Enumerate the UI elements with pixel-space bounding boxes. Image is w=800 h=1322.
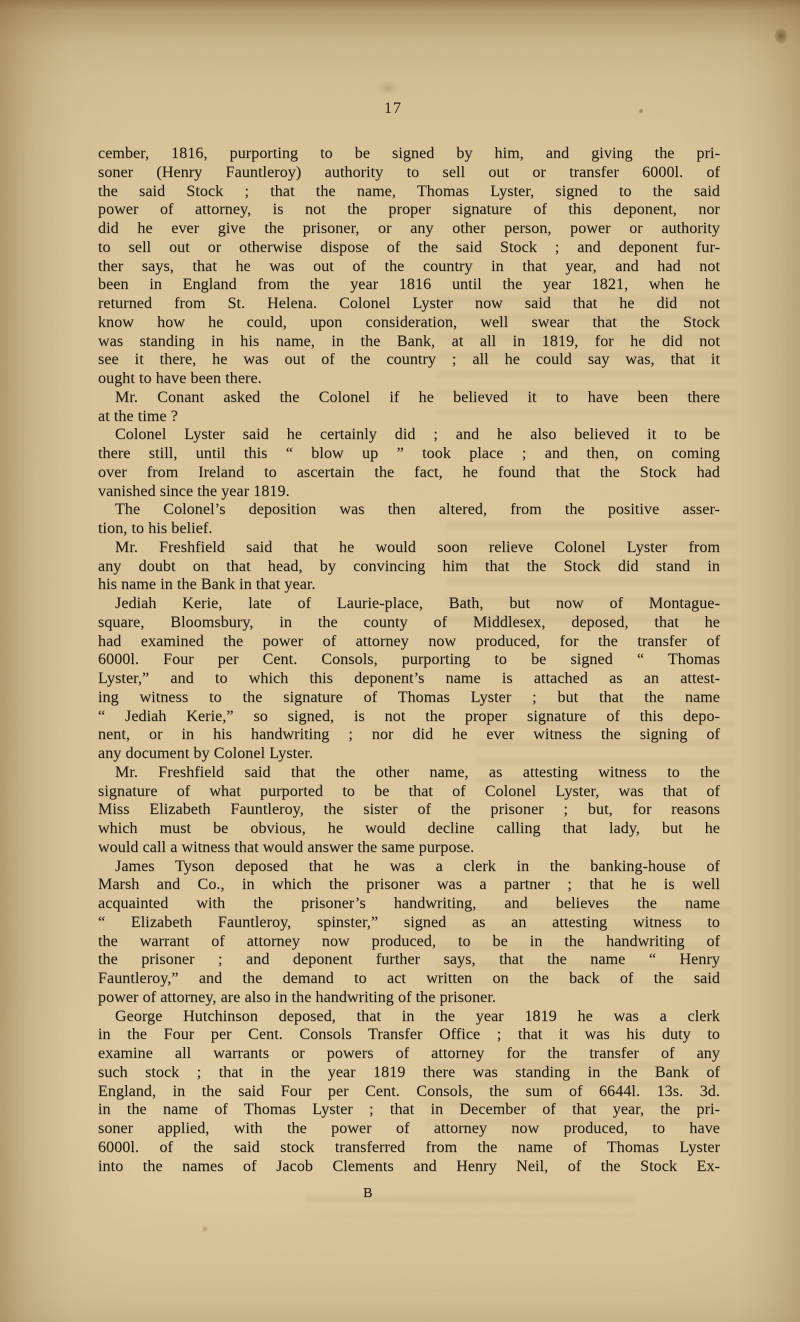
text-line: “ Elizabeth Fauntleroy, spinster,” signe… bbox=[98, 914, 720, 933]
text-line: there still, until this “ blow up ” took… bbox=[98, 445, 720, 464]
text-line: in the Four per Cent. Consols Transfer O… bbox=[98, 1026, 720, 1045]
scanned-book-page: 17 cember, 1816, purporting to be signed… bbox=[0, 0, 800, 1322]
text-line: “ Jediah Kerie,” so signed, is not the p… bbox=[98, 708, 720, 727]
signature-mark: B bbox=[0, 1186, 736, 1202]
text-line: acquainted with the prisoner’s handwriti… bbox=[98, 895, 720, 914]
text-line: had examined the power of attorney now p… bbox=[98, 633, 720, 652]
text-line: power of attorney, are also in the handw… bbox=[98, 989, 720, 1008]
text-line: Jediah Kerie, late of Laurie-place, Bath… bbox=[98, 595, 720, 614]
text-line: power of attorney, is not the proper sig… bbox=[98, 201, 720, 220]
text-line: any document by Colonel Lyster. bbox=[98, 745, 720, 764]
text-line: Mr. Freshfield said that he would soon r… bbox=[98, 539, 720, 558]
text-line: ther says, that he was out of the countr… bbox=[98, 258, 720, 277]
text-line: at the time ? bbox=[98, 408, 720, 427]
text-line: into the names of Jacob Clements and Hen… bbox=[98, 1158, 720, 1177]
text-line: square, Bloomsbury, in the county of Mid… bbox=[98, 614, 720, 633]
text-line: which must be obvious, he would decline … bbox=[98, 820, 720, 839]
text-line: 6000l. of the said stock transferred fro… bbox=[98, 1139, 720, 1158]
text-line: soner (Henry Fauntleroy) authority to se… bbox=[98, 164, 720, 183]
text-line: in the name of Thomas Lyster ; that in D… bbox=[98, 1101, 720, 1120]
text-line: Marsh and Co., in which the prisoner was… bbox=[98, 876, 720, 895]
text-line: Lyster,” and to which this deponent’s na… bbox=[98, 670, 720, 689]
text-line: tion, to his belief. bbox=[98, 520, 720, 539]
text-line: James Tyson deposed that he was a clerk … bbox=[98, 858, 720, 877]
text-line: Mr. Conant asked the Colonel if he belie… bbox=[98, 389, 720, 408]
text-line: the prisoner ; and deponent further says… bbox=[98, 951, 720, 970]
text-line: ing witness to the signature of Thomas L… bbox=[98, 689, 720, 708]
text-line: Colonel Lyster said he certainly did ; a… bbox=[98, 426, 720, 445]
text-line: returned from St. Helena. Colonel Lyster… bbox=[98, 295, 720, 314]
text-line: ought to have been there. bbox=[98, 370, 720, 389]
text-line: Mr. Freshfield said that the other name,… bbox=[98, 764, 720, 783]
text-line: the warrant of attorney now produced, to… bbox=[98, 933, 720, 952]
text-line: 6000l. Four per Cent. Consols, purportin… bbox=[98, 651, 720, 670]
text-line: was standing in his name, in the Bank, a… bbox=[98, 333, 720, 352]
text-line: see it there, he was out of the country … bbox=[98, 351, 720, 370]
text-line: his name in the Bank in that year. bbox=[98, 576, 720, 595]
text-line: nent, or in his handwriting ; nor did he… bbox=[98, 726, 720, 745]
text-line: know how he could, upon consideration, w… bbox=[98, 314, 720, 333]
text-line: Miss Elizabeth Fauntleroy, the sister of… bbox=[98, 801, 720, 820]
text-line: would call a witness that would answer t… bbox=[98, 839, 720, 858]
text-line: England, in the said Four per Cent. Cons… bbox=[98, 1083, 720, 1102]
text-line: did he ever give the prisoner, or any ot… bbox=[98, 220, 720, 239]
text-line: over from Ireland to ascertain the fact,… bbox=[98, 464, 720, 483]
text-line: any doubt on that head, by convincing hi… bbox=[98, 558, 720, 577]
text-line: Fauntleroy,” and the demand to act writt… bbox=[98, 970, 720, 989]
text-line: George Hutchinson deposed, that in the y… bbox=[98, 1008, 720, 1027]
text-line: vanished since the year 1819. bbox=[98, 483, 720, 502]
page-text-block: cember, 1816, purporting to be signed by… bbox=[98, 145, 720, 1176]
text-line: to sell out or otherwise dispose of the … bbox=[98, 239, 720, 258]
text-line: cember, 1816, purporting to be signed by… bbox=[98, 145, 720, 164]
text-line: the said Stock ; that the name, Thomas L… bbox=[98, 183, 720, 202]
text-line: been in England from the year 1816 until… bbox=[98, 276, 720, 295]
text-line: such stock ; that in the year 1819 there… bbox=[98, 1064, 720, 1083]
text-line: signature of what purported to be that o… bbox=[98, 783, 720, 802]
text-line: soner applied, with the power of attorne… bbox=[98, 1120, 720, 1139]
text-line: examine all warrants or powers of attorn… bbox=[98, 1045, 720, 1064]
text-line: The Colonel’s deposition was then altere… bbox=[98, 501, 720, 520]
page-number: 17 bbox=[0, 100, 786, 118]
